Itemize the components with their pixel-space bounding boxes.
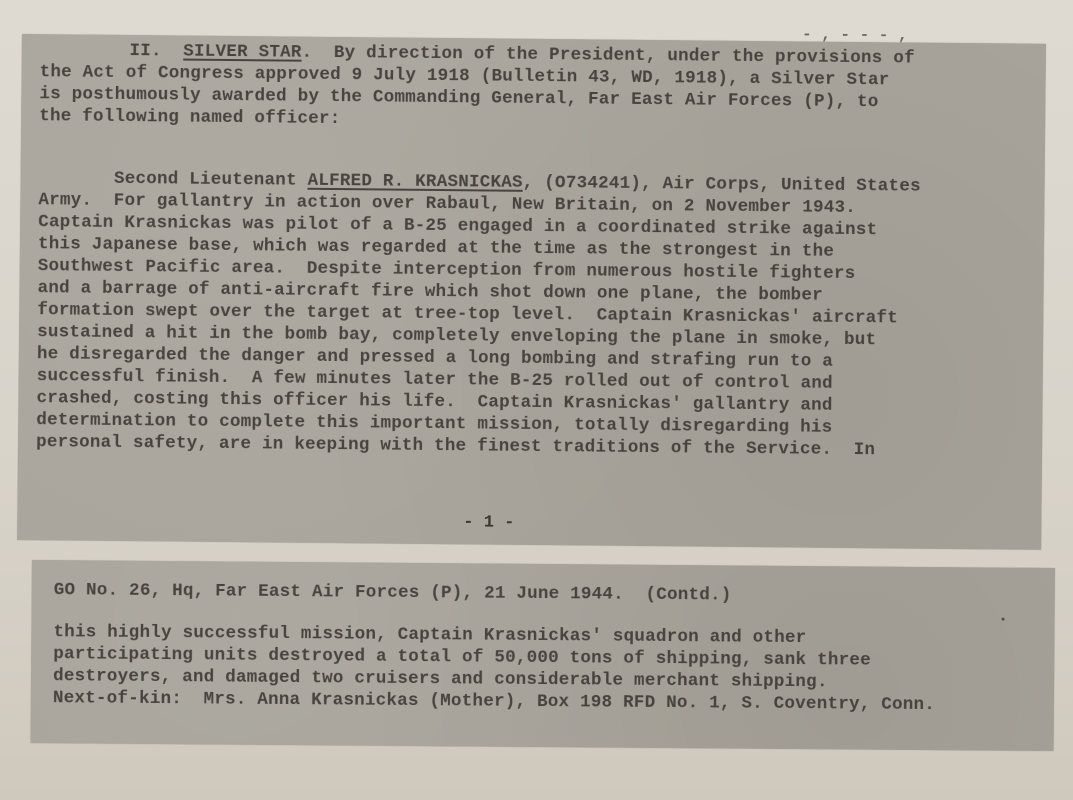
document-page-top: - , - - - , II. SILVER STAR. By directio… — [17, 34, 1046, 550]
document-page-bottom: GO No. 26, Hq, Far East Air Forces (P), … — [31, 560, 1055, 751]
continuation-header: GO No. 26, Hq, Far East Air Forces (P), … — [54, 580, 732, 606]
header-fragment: - , - - - , — [802, 33, 1002, 43]
intro-line-1: By direction of the President, under the… — [334, 43, 915, 69]
intro-line-4: the following named officer: — [39, 106, 340, 130]
section-title: SILVER STAR — [183, 42, 302, 63]
page-number: - 1 - — [463, 513, 514, 532]
recipient-name: ALFRED R. KRASNICKAS — [307, 171, 522, 193]
service-number: (O734241) — [544, 173, 641, 194]
paper-speck — [1002, 618, 1005, 621]
paragraph-number: II. — [129, 41, 161, 61]
recipient-rank: Second Lieutenant — [114, 169, 297, 191]
